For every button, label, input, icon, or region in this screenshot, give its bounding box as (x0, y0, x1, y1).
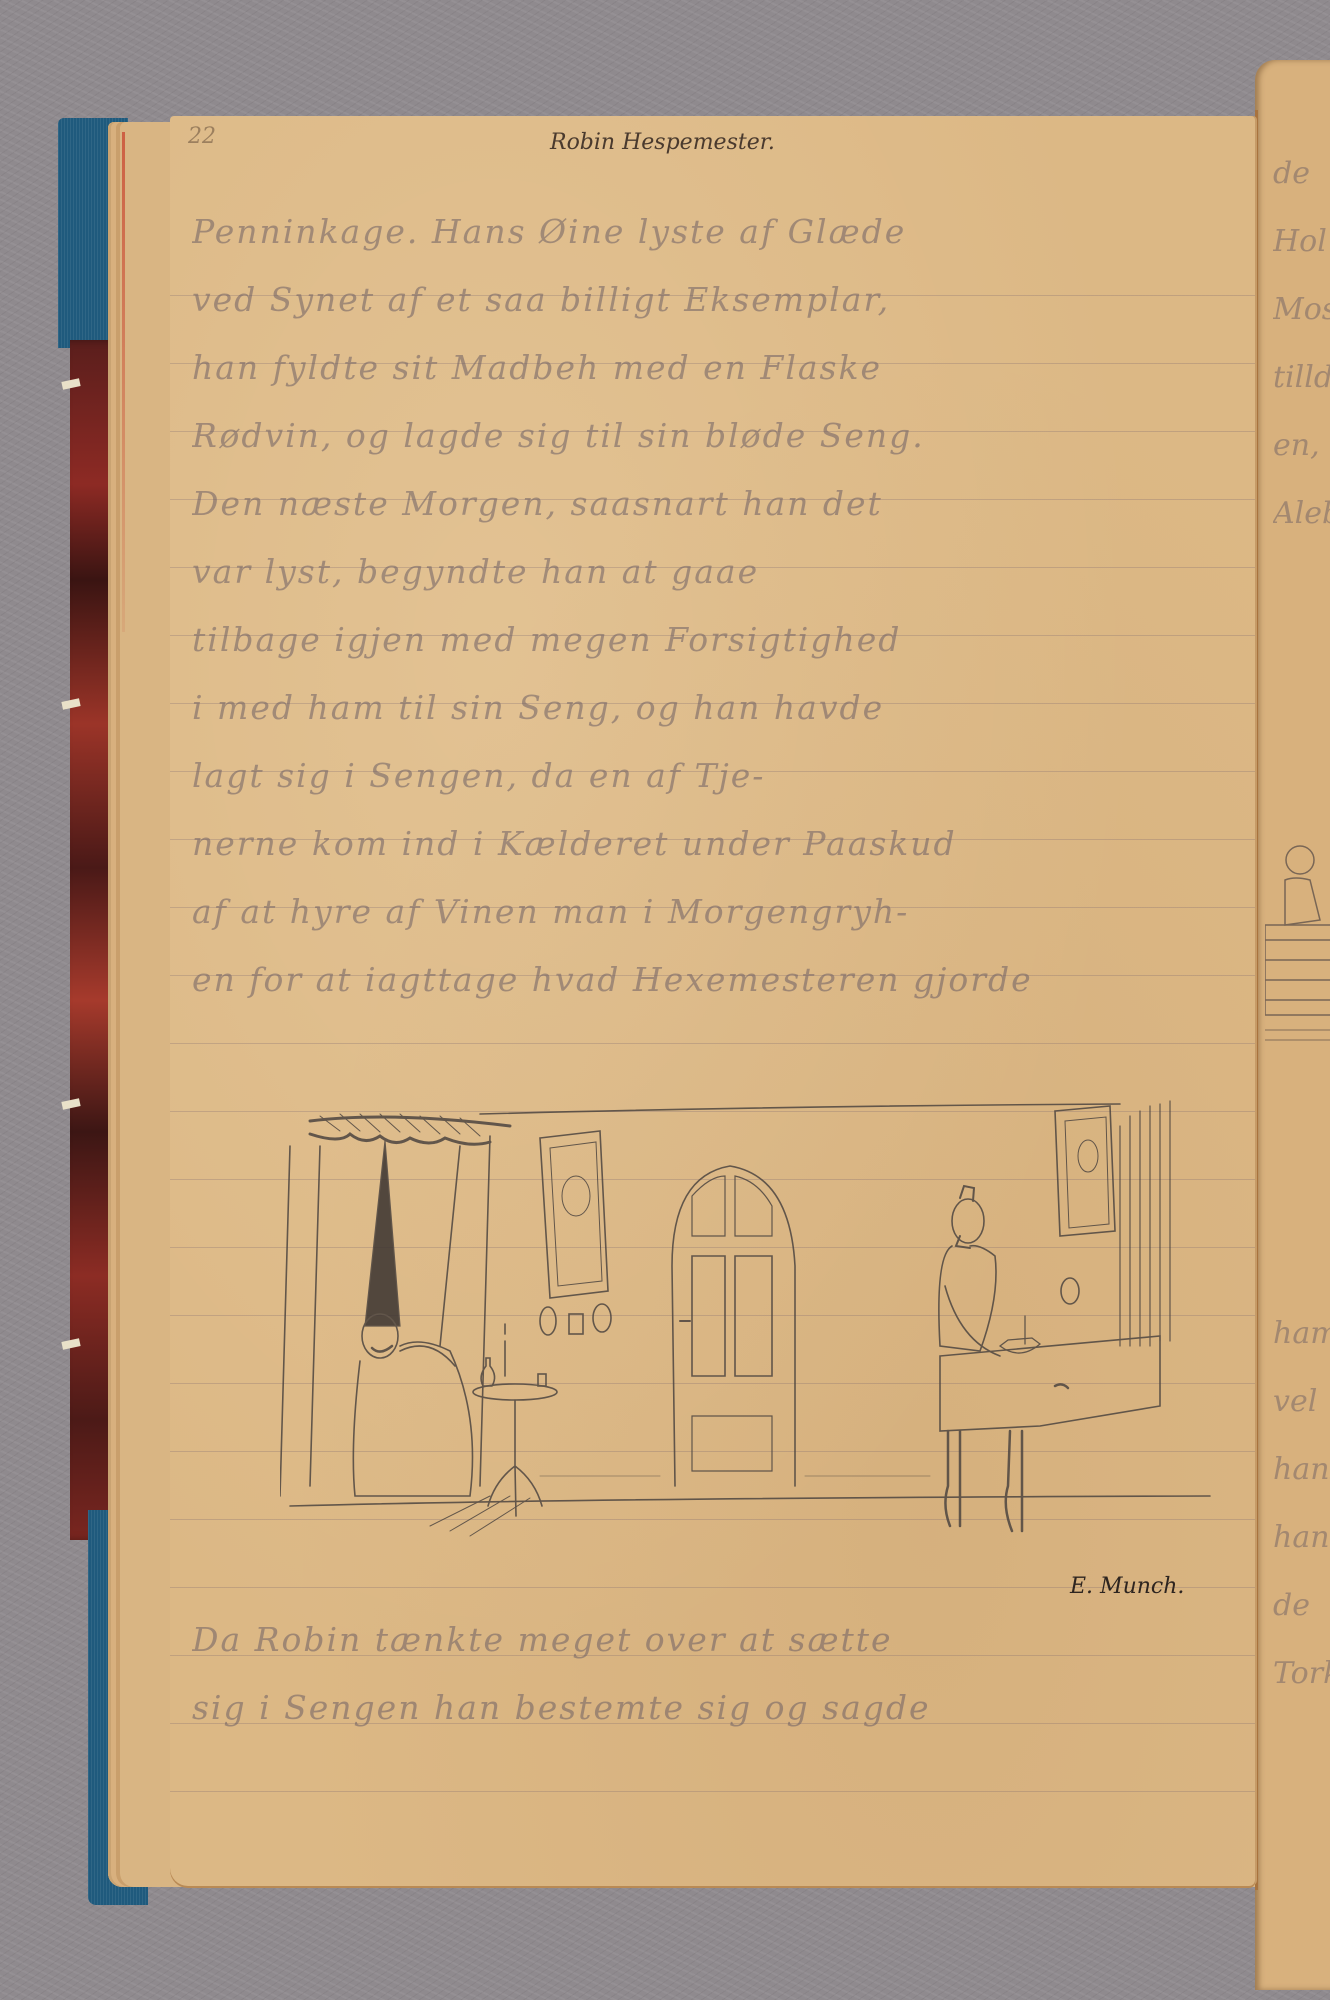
facing-text-line: tilld (1273, 344, 1330, 412)
facing-text-line: en, (1273, 412, 1330, 480)
spine-tear (61, 1098, 80, 1110)
text-line: sig i Sengen han bestemte sig og sagde (192, 1674, 1242, 1742)
facing-text-line: hans (1273, 1436, 1330, 1504)
facing-page-sketch (1265, 830, 1330, 1160)
text-line: han fyldte sit Madbeh med en Flaske (192, 334, 1242, 402)
facing-text-line: Tork (1273, 1640, 1330, 1708)
text-line: Rødvin, og lagde sig til sin bløde Seng. (192, 402, 1242, 470)
text-line: Da Robin tænkte meget over at sætte (192, 1606, 1242, 1674)
facing-text-line: Aleb (1273, 480, 1330, 548)
red-page-edge (122, 132, 125, 632)
handwritten-text-bottom: Da Robin tænkte meget over at sætte sig … (192, 1606, 1242, 1742)
facing-page-text-top: de Hol Mosø tilld en, Aleb (1273, 140, 1330, 548)
facing-page-text-bottom: ham vel hans han de Tork (1273, 1300, 1330, 1708)
text-line: Penninkage. Hans Øine lyste af Glæde (192, 198, 1242, 266)
book-gutter (1255, 110, 1258, 1890)
spine-tear (61, 698, 80, 710)
facing-text-line: Hol (1273, 208, 1330, 276)
page-number: 22 (188, 124, 216, 149)
text-line: en for at iagttage hvad Hexemesteren gjo… (192, 946, 1242, 1014)
text-line: Den næste Morgen, saasnart han det (192, 470, 1242, 538)
pencil-sketch-interior-scene (280, 1086, 1240, 1566)
facing-text-line: ham (1273, 1300, 1330, 1368)
page-title: Robin Hespemester. (550, 130, 775, 155)
text-line: i med ham til sin Seng, og han havde (192, 674, 1242, 742)
facing-text-line: han (1273, 1504, 1330, 1572)
text-line: nerne kom ind i Kælderet under Paaskud (192, 810, 1242, 878)
handwritten-text: Penninkage. Hans Øine lyste af Glæde ved… (192, 198, 1242, 1014)
facing-text-line: de (1273, 1572, 1330, 1640)
spine-tear (61, 378, 80, 390)
text-line: tilbage igjen med megen Forsigtighed (192, 606, 1242, 674)
facing-page: de Hol Mosø tilld en, Aleb ham vel hans … (1255, 60, 1330, 1990)
text-line: af at hyre af Vinen man i Morgengryh- (192, 878, 1242, 946)
text-line: var lyst, begyndte han at gaae (192, 538, 1242, 606)
artist-signature: E. Munch. (1070, 1574, 1184, 1599)
text-line: lagt sig i Sengen, da en af Tje- (192, 742, 1242, 810)
notebook-page: 22 Robin Hespemester. Penninkage. Hans Ø… (170, 116, 1255, 1886)
spine-tear (61, 1338, 80, 1350)
facing-text-line: Mosø (1273, 276, 1330, 344)
facing-text-line: de (1273, 140, 1330, 208)
text-line: ved Synet af et saa billigt Eksemplar, (192, 266, 1242, 334)
facing-text-line: vel (1273, 1368, 1330, 1436)
